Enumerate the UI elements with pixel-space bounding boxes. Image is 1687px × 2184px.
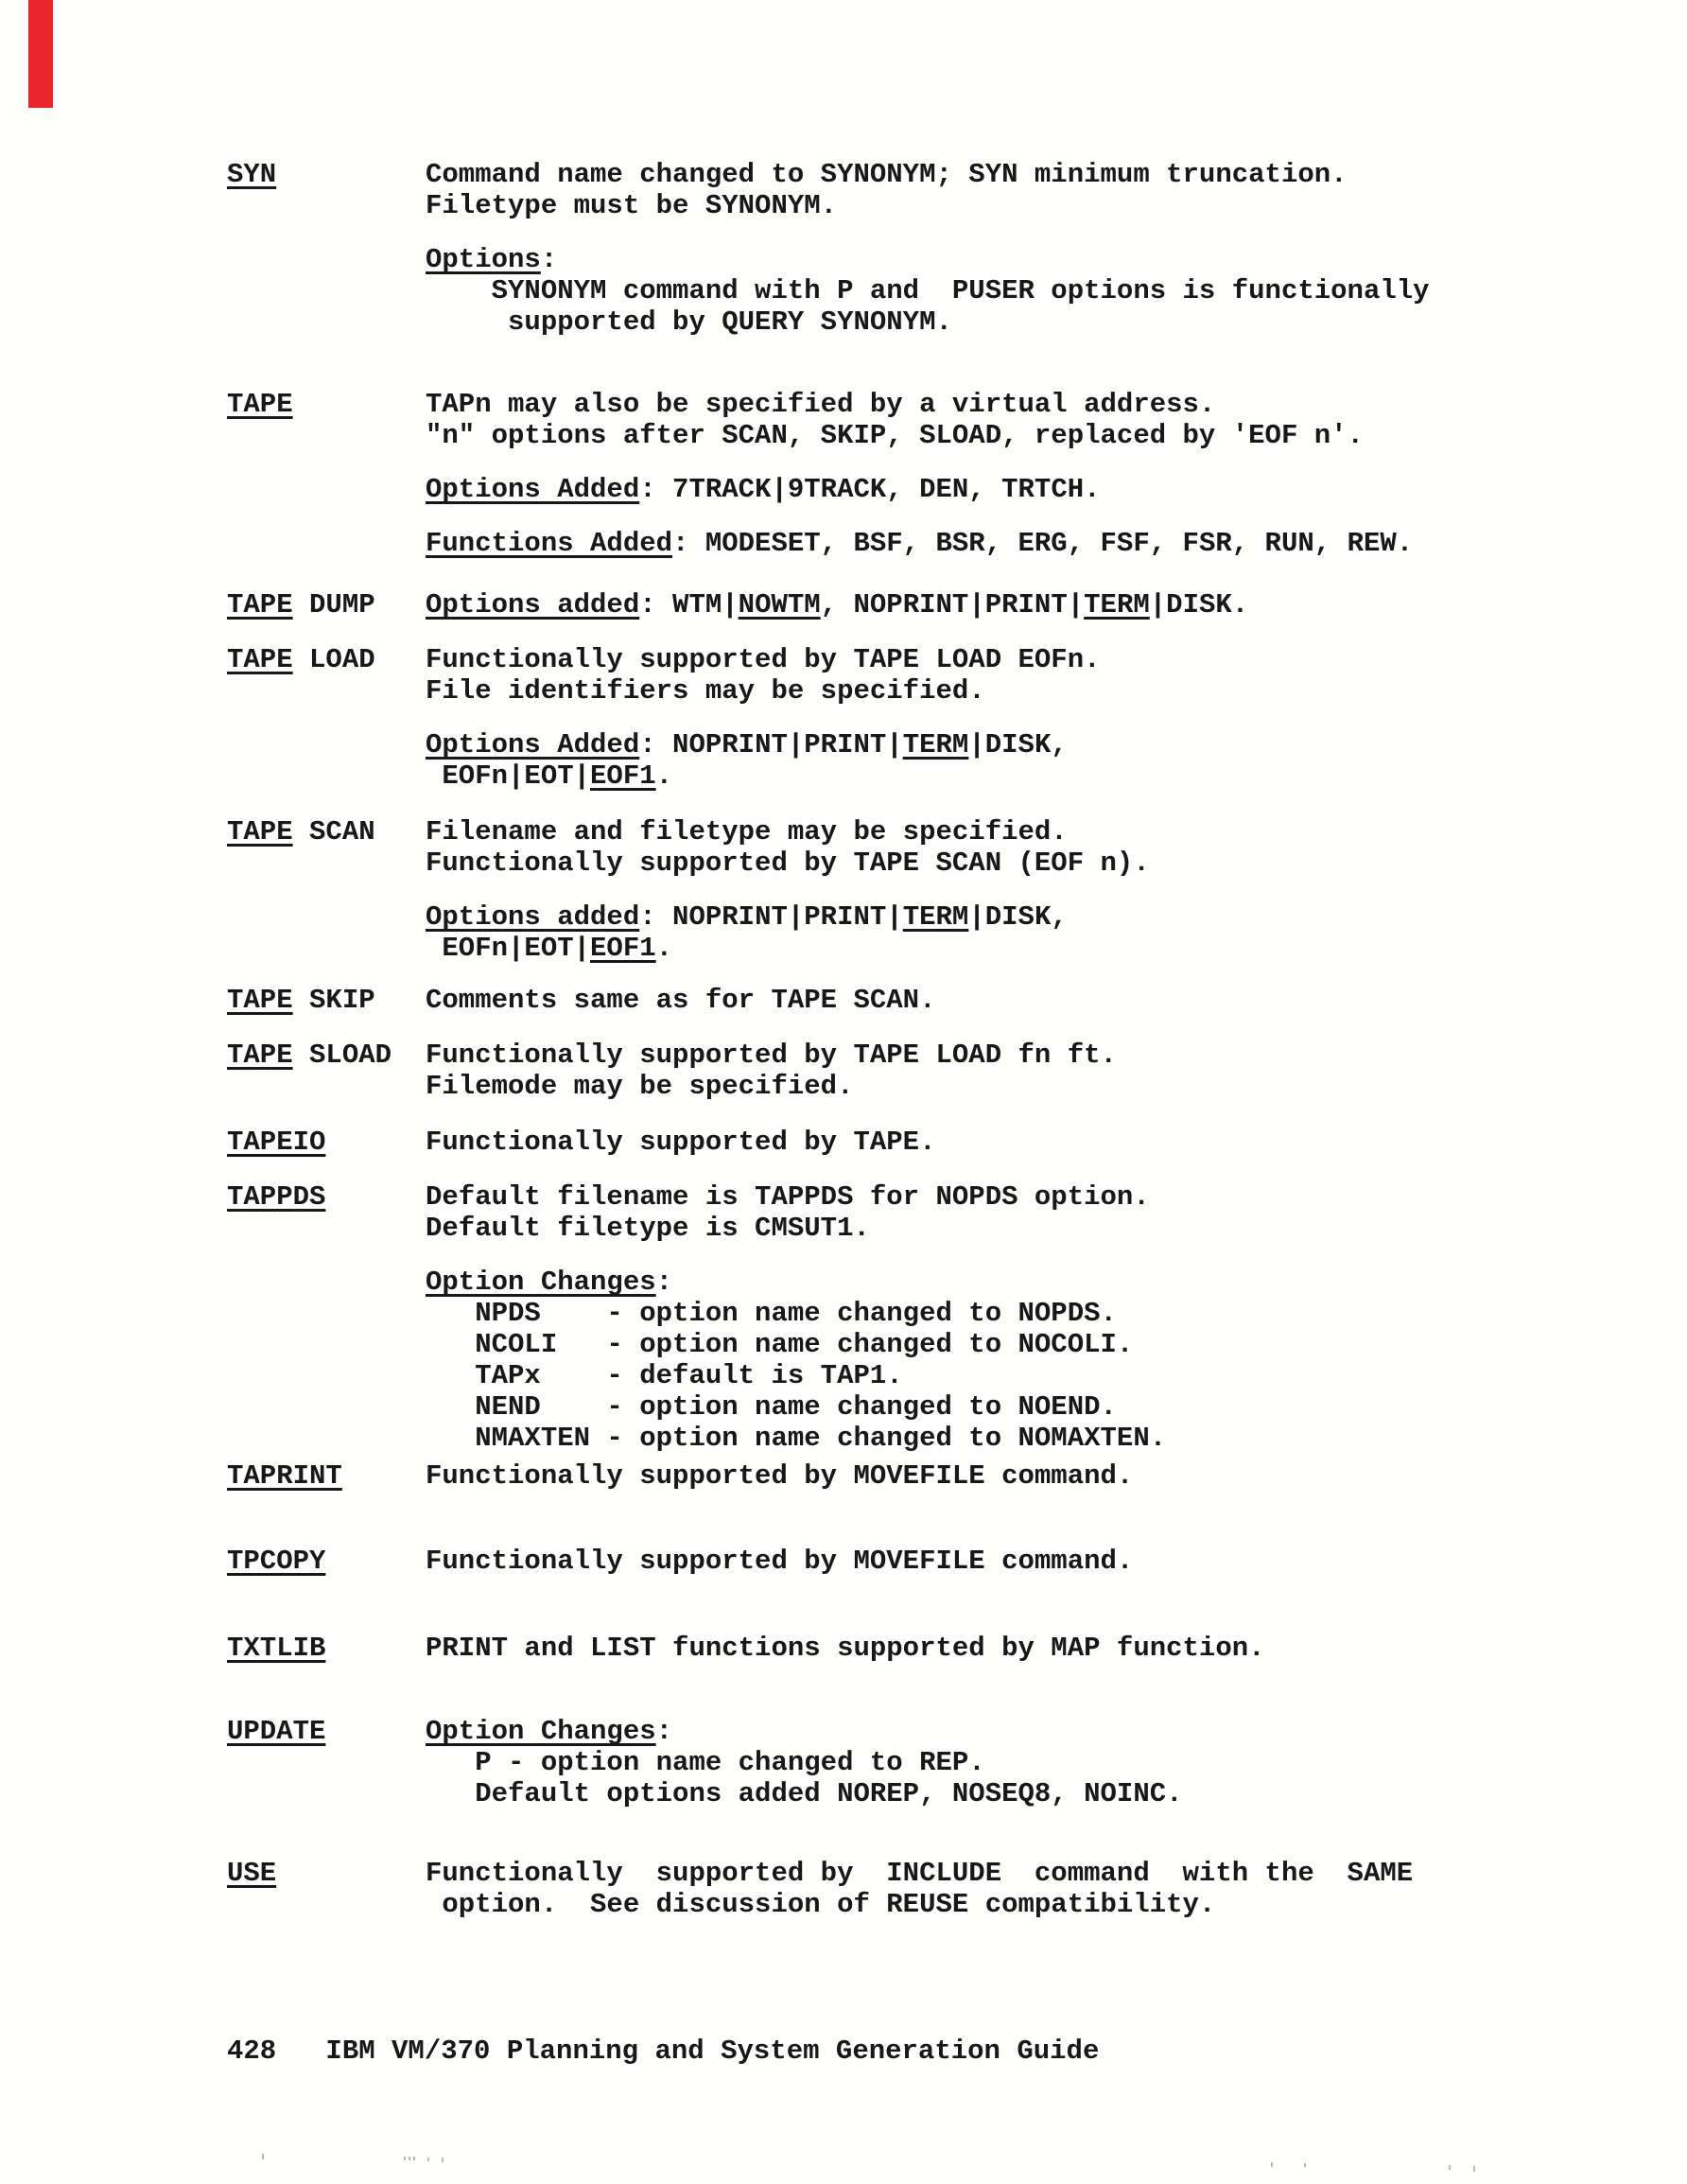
manual-page: SYNCommand name changed to SYNONYM; SYN …	[0, 0, 1687, 2184]
underlined-text: TPCOPY	[227, 1546, 325, 1577]
text-line: Default filetype is CMSUT1.	[426, 1213, 1166, 1244]
command-label: TAPE SKIP	[227, 985, 375, 1016]
description-paragraph: Command name changed to SYNONYM; SYN min…	[426, 159, 1430, 221]
command-label: TAPE DUMP	[227, 589, 375, 620]
text: |DISK,	[968, 901, 1067, 933]
text: Functionally supported by MOVEFILE comma…	[426, 1460, 1133, 1492]
underlined-text: TAPE	[227, 985, 293, 1016]
text: |DISK,	[968, 729, 1067, 760]
underlined-text: EOF1	[590, 760, 656, 792]
entry-tpcopy: TPCOPYFunctionally supported by MOVEFILE…	[227, 1546, 1133, 1577]
text: Default options added NOREP, NOSEQ8, NOI…	[426, 1778, 1183, 1809]
text-line: Functionally supported by MOVEFILE comma…	[426, 1460, 1133, 1492]
command-description: Filename and filetype may be specified.F…	[426, 816, 1150, 964]
underlined-text: Option Changes	[426, 1716, 656, 1747]
description-paragraph: Functionally supported by TAPE LOAD EOFn…	[426, 644, 1101, 707]
text-line: Default options added NOREP, NOSEQ8, NOI…	[426, 1778, 1183, 1809]
text: DUMP	[293, 589, 375, 620]
text-line: Functionally supported by TAPE LOAD fn f…	[426, 1040, 1117, 1071]
description-paragraph: Filename and filetype may be specified.F…	[426, 816, 1150, 879]
description-paragraph: PRINT and LIST functions supported by MA…	[426, 1633, 1265, 1664]
text: :	[656, 1716, 672, 1747]
description-paragraph: Options: SYNONYM command with P and PUSE…	[426, 244, 1430, 338]
description-paragraph: Functions Added: MODESET, BSF, BSR, ERG,…	[426, 528, 1413, 559]
scan-speck	[409, 2157, 410, 2160]
text: Default filename is TAPPDS for NOPDS opt…	[426, 1181, 1150, 1213]
text: Functionally supported by TAPE.	[426, 1127, 936, 1158]
text-line: Filename and filetype may be specified.	[426, 816, 1150, 847]
description-paragraph: Options added: NOPRINT|PRINT|TERM|DISK, …	[426, 901, 1150, 964]
text: SYNONYM command with P and PUSER options…	[426, 275, 1430, 306]
command-description: Default filename is TAPPDS for NOPDS opt…	[426, 1181, 1166, 1454]
command-label: USE	[227, 1858, 276, 1889]
text-line: EOFn|EOT|EOF1.	[426, 760, 1101, 792]
text: Default filetype is CMSUT1.	[426, 1213, 870, 1244]
text: : 7TRACK|9TRACK, DEN, TRTCH.	[639, 474, 1100, 505]
text: PRINT and LIST functions supported by MA…	[426, 1633, 1265, 1664]
underlined-text: NOWTM	[739, 589, 821, 620]
text-line: Options added: WTM|NOWTM, NOPRINT|PRINT|…	[426, 589, 1248, 620]
scan-speck	[262, 2154, 264, 2159]
command-description: Options added: WTM|NOWTM, NOPRINT|PRINT|…	[426, 589, 1248, 620]
text-line: Options added: NOPRINT|PRINT|TERM|DISK,	[426, 901, 1150, 933]
description-paragraph: TAPn may also be specified by a virtual …	[426, 389, 1413, 451]
entry-tape-load: TAPE LOADFunctionally supported by TAPE …	[227, 644, 1101, 792]
text-line: NCOLI - option name changed to NOCOLI.	[426, 1329, 1166, 1360]
text-line: NPDS - option name changed to NOPDS.	[426, 1298, 1166, 1329]
description-paragraph: Functionally supported by MOVEFILE comma…	[426, 1546, 1133, 1577]
scan-speck	[1473, 2166, 1475, 2172]
text-line: Functionally supported by TAPE.	[426, 1127, 936, 1158]
text: LOAD	[293, 644, 375, 675]
entry-taprint: TAPRINTFunctionally supported by MOVEFIL…	[227, 1460, 1133, 1492]
text: NPDS - option name changed to NOPDS.	[426, 1298, 1117, 1329]
text: Functionally supported by MOVEFILE comma…	[426, 1546, 1133, 1577]
text: Filename and filetype may be specified.	[426, 816, 1068, 847]
command-description: TAPn may also be specified by a virtual …	[426, 389, 1413, 559]
text-line: PRINT and LIST functions supported by MA…	[426, 1633, 1265, 1664]
text-line: Filemode may be specified.	[426, 1071, 1117, 1102]
command-label: TAPE	[227, 389, 293, 420]
text-line: Functionally supported by MOVEFILE comma…	[426, 1546, 1133, 1577]
command-description: Functionally supported by TAPE LOAD fn f…	[426, 1040, 1117, 1102]
command-description: Functionally supported by TAPE.	[426, 1127, 936, 1158]
scan-speck	[427, 2158, 429, 2161]
text-line: Options:	[426, 244, 1430, 275]
underlined-text: UPDATE	[227, 1716, 325, 1747]
text-line: Default filename is TAPPDS for NOPDS opt…	[426, 1181, 1166, 1213]
text-line: Option Changes:	[426, 1716, 1183, 1747]
description-paragraph: Comments same as for TAPE SCAN.	[426, 985, 936, 1016]
underlined-text: Options added	[426, 589, 639, 620]
scan-speck	[404, 2157, 406, 2160]
command-description: Option Changes: P - option name changed …	[426, 1716, 1183, 1809]
text-line: "n" options after SCAN, SKIP, SLOAD, rep…	[426, 420, 1413, 451]
text: EOFn|EOT|	[426, 933, 590, 964]
text: SCAN	[293, 816, 375, 847]
text: Comments same as for TAPE SCAN.	[426, 985, 936, 1016]
command-label: TAPE LOAD	[227, 644, 375, 675]
description-paragraph: Options added: WTM|NOWTM, NOPRINT|PRINT|…	[426, 589, 1248, 620]
text-line: EOFn|EOT|EOF1.	[426, 933, 1150, 964]
entry-tape-skip: TAPE SKIPComments same as for TAPE SCAN.	[227, 985, 936, 1016]
entry-tappds: TAPPDSDefault filename is TAPPDS for NOP…	[227, 1181, 1166, 1454]
text: TAPn may also be specified by a virtual …	[426, 389, 1215, 420]
text: TAPx - default is TAP1.	[426, 1360, 903, 1391]
command-description: Command name changed to SYNONYM; SYN min…	[426, 159, 1430, 338]
text-line: Functions Added: MODESET, BSF, BSR, ERG,…	[426, 528, 1413, 559]
command-label: TAPRINT	[227, 1460, 342, 1492]
command-description: Comments same as for TAPE SCAN.	[426, 985, 936, 1016]
text-line: P - option name changed to REP.	[426, 1747, 1183, 1778]
command-label: TAPE SCAN	[227, 816, 375, 847]
command-description: Functionally supported by MOVEFILE comma…	[426, 1460, 1133, 1492]
text-line: Comments same as for TAPE SCAN.	[426, 985, 936, 1016]
underlined-text: TERM	[903, 901, 969, 933]
underlined-text: TERM	[903, 729, 969, 760]
description-paragraph: Default filename is TAPPDS for NOPDS opt…	[426, 1181, 1166, 1244]
description-paragraph: Functionally supported by TAPE.	[426, 1127, 936, 1158]
text: |DISK.	[1150, 589, 1248, 620]
page-number: 428	[227, 2035, 276, 2067]
text: NCOLI - option name changed to NOCOLI.	[426, 1329, 1133, 1360]
description-paragraph: Functionally supported by INCLUDE comman…	[426, 1858, 1413, 1920]
text: Functionally supported by TAPE LOAD fn f…	[426, 1040, 1117, 1071]
text: : MODESET, BSF, BSR, ERG, FSF, FSR, RUN,…	[672, 528, 1413, 559]
entry-tape: TAPETAPn may also be specified by a virt…	[227, 389, 1413, 559]
text: Command name changed to SYNONYM; SYN min…	[426, 159, 1348, 190]
description-paragraph: Option Changes: P - option name changed …	[426, 1716, 1183, 1809]
underlined-text: TAPE	[227, 644, 293, 675]
text-line: TAPx - default is TAP1.	[426, 1360, 1166, 1391]
underlined-text: Functions Added	[426, 528, 672, 559]
command-label: TAPEIO	[227, 1127, 325, 1158]
command-label: TXTLIB	[227, 1633, 325, 1664]
description-paragraph: Functionally supported by MOVEFILE comma…	[426, 1460, 1133, 1492]
description-paragraph: Options Added: NOPRINT|PRINT|TERM|DISK, …	[426, 729, 1101, 792]
text-line: Functionally supported by INCLUDE comman…	[426, 1858, 1413, 1889]
text: :	[541, 244, 557, 275]
command-label: SYN	[227, 159, 276, 190]
underlined-text: TAPE	[227, 816, 293, 847]
text-line: option. See discussion of REUSE compatib…	[426, 1889, 1413, 1920]
underlined-text: Options Added	[426, 729, 639, 760]
text: Filetype must be SYNONYM.	[426, 190, 837, 221]
description-paragraph: Options Added: 7TRACK|9TRACK, DEN, TRTCH…	[426, 474, 1413, 505]
text-line: TAPn may also be specified by a virtual …	[426, 389, 1413, 420]
text: : WTM|	[639, 589, 738, 620]
text: SKIP	[293, 985, 375, 1016]
command-description: PRINT and LIST functions supported by MA…	[426, 1633, 1265, 1664]
underlined-text: TAPE	[227, 1040, 293, 1071]
text-line: SYNONYM command with P and PUSER options…	[426, 275, 1430, 306]
entry-txtlib: TXTLIBPRINT and LIST functions supported…	[227, 1633, 1265, 1664]
underlined-text: TXTLIB	[227, 1633, 325, 1664]
text-line: Options Added: NOPRINT|PRINT|TERM|DISK,	[426, 729, 1101, 760]
scan-speck	[1304, 2163, 1306, 2167]
text-line: Options Added: 7TRACK|9TRACK, DEN, TRTCH…	[426, 474, 1413, 505]
underlined-text: USE	[227, 1858, 276, 1889]
footer-title: IBM VM/370 Planning and System Generatio…	[325, 2035, 1099, 2067]
command-label: TAPE SLOAD	[227, 1040, 391, 1071]
entry-tape-scan: TAPE SCANFilename and filetype may be sp…	[227, 816, 1150, 964]
text-line: File identifiers may be specified.	[426, 675, 1101, 707]
underlined-text: TAPRINT	[227, 1460, 342, 1492]
underlined-text: Option Changes	[426, 1267, 656, 1298]
scan-speck	[1271, 2162, 1273, 2167]
entry-tape-sload: TAPE SLOADFunctionally supported by TAPE…	[227, 1040, 1117, 1102]
description-paragraph: Option Changes: NPDS - option name chang…	[426, 1267, 1166, 1454]
text: "n" options after SCAN, SKIP, SLOAD, rep…	[426, 420, 1364, 451]
text-line: NEND - option name changed to NOEND.	[426, 1391, 1166, 1423]
text-line: Functionally supported by TAPE SCAN (EOF…	[426, 847, 1150, 879]
entry-syn: SYNCommand name changed to SYNONYM; SYN …	[227, 159, 1430, 338]
scan-speck	[1449, 2165, 1451, 2170]
text: EOFn|EOT|	[426, 760, 590, 792]
text: : NOPRINT|PRINT|	[639, 729, 902, 760]
text: supported by QUERY SYNONYM.	[426, 306, 952, 338]
scan-speck	[442, 2158, 443, 2162]
underlined-text: TAPPDS	[227, 1181, 325, 1213]
text-line: Functionally supported by TAPE LOAD EOFn…	[426, 644, 1101, 675]
command-description: Functionally supported by INCLUDE comman…	[426, 1858, 1413, 1920]
text: option. See discussion of REUSE compatib…	[426, 1889, 1215, 1920]
entry-tapeio: TAPEIOFunctionally supported by TAPE.	[227, 1127, 936, 1158]
text: .	[656, 933, 672, 964]
entry-use: USEFunctionally supported by INCLUDE com…	[227, 1858, 1413, 1920]
entry-update: UPDATEOption Changes: P - option name ch…	[227, 1716, 1183, 1809]
command-description: Functionally supported by MOVEFILE comma…	[426, 1546, 1133, 1577]
underlined-text: TAPEIO	[227, 1127, 325, 1158]
underlined-text: Options	[426, 244, 541, 275]
text: Functionally supported by TAPE SCAN (EOF…	[426, 847, 1150, 879]
description-paragraph: Functionally supported by TAPE LOAD fn f…	[426, 1040, 1117, 1102]
text: NMAXTEN - option name changed to NOMAXTE…	[426, 1423, 1166, 1454]
command-description: Functionally supported by TAPE LOAD EOFn…	[426, 644, 1101, 792]
text: NEND - option name changed to NOEND.	[426, 1391, 1117, 1423]
command-label: TAPPDS	[227, 1181, 325, 1213]
text: : NOPRINT|PRINT|	[639, 901, 902, 933]
underlined-text: TAPE	[227, 389, 293, 420]
text: Functionally supported by INCLUDE comman…	[426, 1858, 1413, 1889]
page-footer: 428IBM VM/370 Planning and System Genera…	[227, 2035, 1099, 2067]
text: Functionally supported by TAPE LOAD EOFn…	[426, 644, 1101, 675]
text-line: NMAXTEN - option name changed to NOMAXTE…	[426, 1423, 1166, 1454]
underlined-text: EOF1	[590, 933, 656, 964]
text: :	[656, 1267, 672, 1298]
text: File identifiers may be specified.	[426, 675, 985, 707]
text-line: Command name changed to SYNONYM; SYN min…	[426, 159, 1430, 190]
underlined-text: Options Added	[426, 474, 639, 505]
command-label: TPCOPY	[227, 1546, 325, 1577]
command-change-list: SYNCommand name changed to SYNONYM; SYN …	[0, 0, 1687, 2184]
text-line: Filetype must be SYNONYM.	[426, 190, 1430, 221]
text-line: supported by QUERY SYNONYM.	[426, 306, 1430, 338]
text-line: Option Changes:	[426, 1267, 1166, 1298]
underlined-text: SYN	[227, 159, 276, 190]
text: SLOAD	[293, 1040, 391, 1071]
text: Filemode may be specified.	[426, 1071, 853, 1102]
entry-tape-dump: TAPE DUMPOptions added: WTM|NOWTM, NOPRI…	[227, 589, 1248, 620]
command-label: UPDATE	[227, 1716, 325, 1747]
scan-speck	[413, 2157, 415, 2160]
underlined-text: Options added	[426, 901, 639, 933]
underlined-text: TAPE	[227, 589, 293, 620]
text: , NOPRINT|PRINT|	[821, 589, 1084, 620]
text: .	[656, 760, 672, 792]
text: P - option name changed to REP.	[426, 1747, 985, 1778]
underlined-text: TERM	[1084, 589, 1150, 620]
